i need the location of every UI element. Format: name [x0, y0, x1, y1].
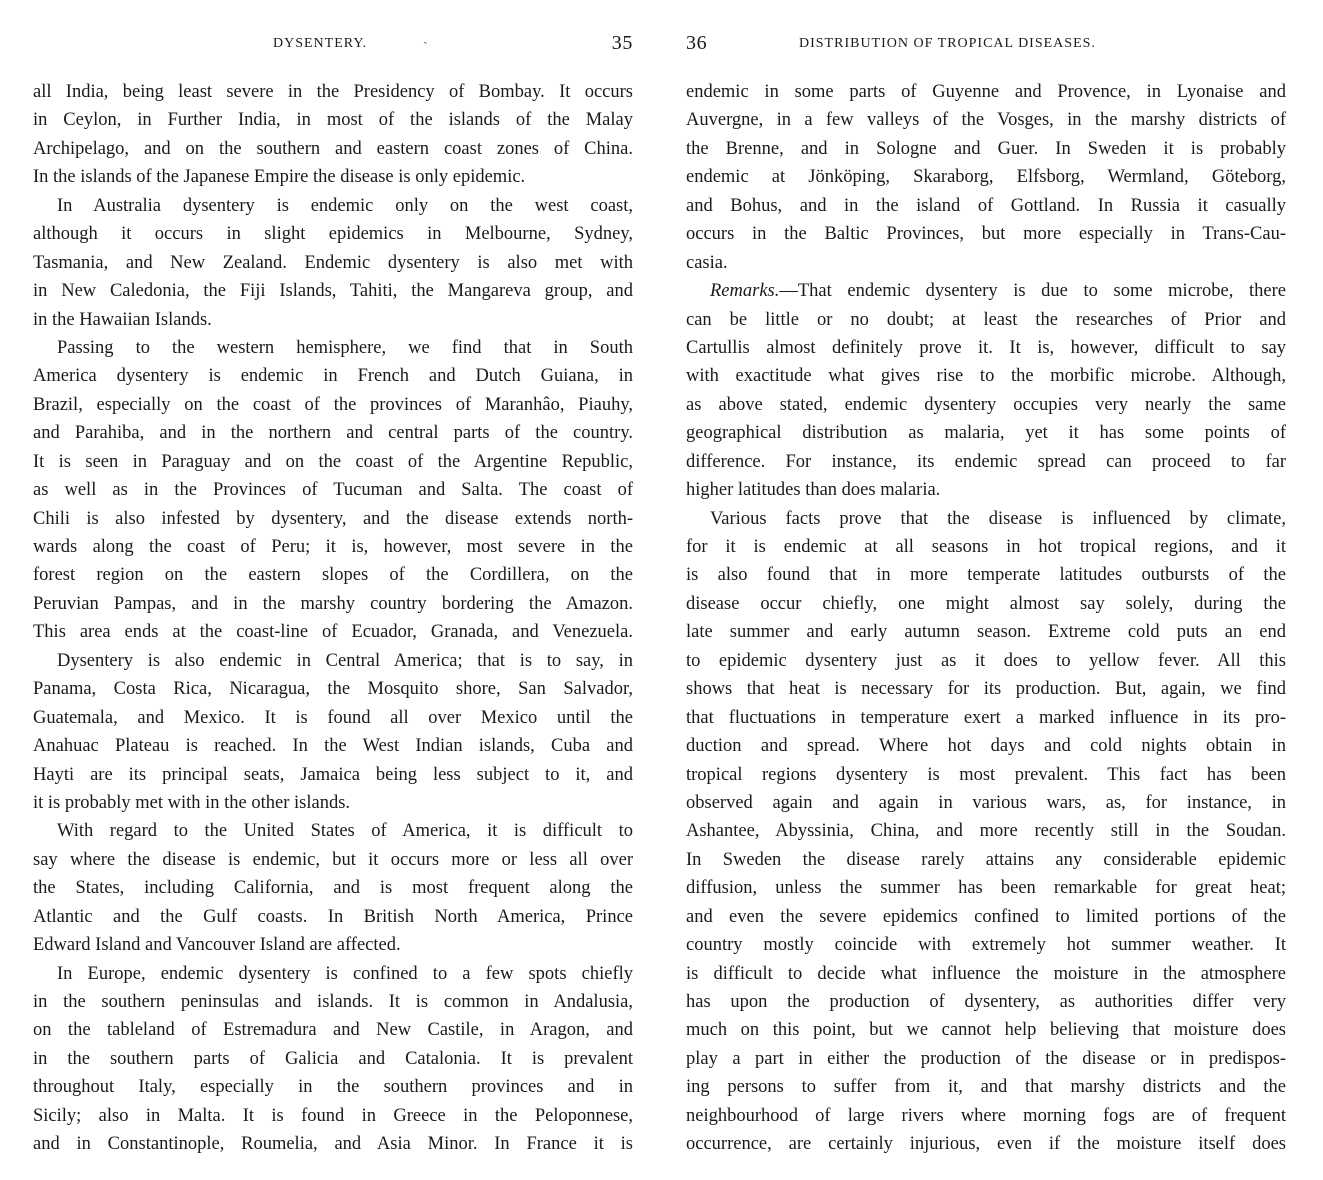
text-line: Dysentery is also endemic in Central Ame…: [33, 647, 633, 675]
text-line: This area ends at the coast-line of Ecua…: [33, 618, 633, 646]
text-line: Peruvian Pampas, and in the marshy count…: [33, 590, 633, 618]
text-line: Sicily; also in Malta. It is found in Gr…: [33, 1102, 633, 1130]
text-line: in New Caledonia, the Fiji Islands, Tahi…: [33, 277, 633, 305]
text-line: In the islands of the Japanese Empire th…: [33, 163, 633, 191]
text-line: Chili is also infested by dysentery, and…: [33, 505, 633, 533]
text-line: Remarks.—That endemic dysentery is due t…: [686, 277, 1286, 305]
text-line: the States, including California, and is…: [33, 874, 633, 902]
text-line: casia.: [686, 249, 1286, 277]
left-running-head: DYSENTERY. ˎ 35: [33, 30, 633, 58]
text-line: to epidemic dysentery just as it does to…: [686, 647, 1286, 675]
text-line: can be little or no doubt; at least the …: [686, 306, 1286, 334]
remarks-heading: Remarks.: [710, 281, 779, 301]
text-line: Archipelago, and on the southern and eas…: [33, 135, 633, 163]
text-line: Panama, Costa Rica, Nicaragua, the Mosqu…: [33, 675, 633, 703]
text-line: it is probably met with in the other isl…: [33, 789, 633, 817]
text-line: Cartullis almost definitely prove it. It…: [686, 334, 1286, 362]
stray-ink-mark: ˎ: [423, 30, 428, 46]
paragraph: With regard to the United States of Amer…: [33, 817, 633, 959]
left-running-title: DYSENTERY.: [273, 36, 367, 52]
paragraph: In Australia dysentery is endemic only o…: [33, 192, 633, 334]
text-line: for it is endemic at all seasons in hot …: [686, 533, 1286, 561]
paragraph: Passing to the western hemisphere, we fi…: [33, 334, 633, 647]
text-line: and Bohus, and in the island of Gottland…: [686, 192, 1286, 220]
text-line: disease occur chiefly, one might almost …: [686, 590, 1286, 618]
paragraph-remarks: Remarks.—That endemic dysentery is due t…: [686, 277, 1286, 505]
text-line: that fluctuations in temperature exert a…: [686, 704, 1286, 732]
right-running-head: 36 DISTRIBUTION OF TROPICAL DISEASES.: [686, 30, 1286, 58]
text-line: In Australia dysentery is endemic only o…: [33, 192, 633, 220]
left-body-text: all India, being least severe in the Pre…: [33, 78, 633, 1159]
text-line: Anahuac Plateau is reached. In the West …: [33, 732, 633, 760]
text-line: in the southern peninsulas and islands. …: [33, 988, 633, 1016]
text-line: observed again and again in various wars…: [686, 789, 1286, 817]
text-line: In Sweden the disease rarely attains any…: [686, 846, 1286, 874]
text-line: say where the disease is endemic, but it…: [33, 846, 633, 874]
text-line: Atlantic and the Gulf coasts. In British…: [33, 903, 633, 931]
text-line: America dysentery is endemic in French a…: [33, 362, 633, 390]
text-line: throughout Italy, especially in the sout…: [33, 1073, 633, 1101]
text-line: diffusion, unless the summer has been re…: [686, 874, 1286, 902]
text-line: the Brenne, and in Sologne and Guer. In …: [686, 135, 1286, 163]
text-line: ing persons to suffer from it, and that …: [686, 1073, 1286, 1101]
text-line: country mostly coincide with extremely h…: [686, 931, 1286, 959]
text-line: as well as in the Provinces of Tucuman a…: [33, 476, 633, 504]
paragraph: Dysentery is also endemic in Central Ame…: [33, 647, 633, 818]
text-line: Auvergne, in a few valleys of the Vosges…: [686, 106, 1286, 134]
text-line: and in Constantinople, Roumelia, and Asi…: [33, 1130, 633, 1158]
right-body-text: endemic in some parts of Guyenne and Pro…: [686, 78, 1286, 1159]
text-line: although it occurs in slight epidemics i…: [33, 220, 633, 248]
text-line: Edward Island and Vancouver Island are a…: [33, 931, 633, 959]
right-page-number: 36: [686, 32, 707, 55]
text-line: wards along the coast of Peru; it is, ho…: [33, 533, 633, 561]
paragraph: endemic in some parts of Guyenne and Pro…: [686, 78, 1286, 277]
text-line: is difficult to decide what influence th…: [686, 960, 1286, 988]
text-line: and Parahiba, and in the northern and ce…: [33, 419, 633, 447]
text-line: in Ceylon, in Further India, in most of …: [33, 106, 633, 134]
text-line: occurrence, are certainly injurious, eve…: [686, 1130, 1286, 1158]
text-line: With regard to the United States of Amer…: [33, 817, 633, 845]
text-line: all India, being least severe in the Pre…: [33, 78, 633, 106]
text-line: on the tableland of Estremadura and New …: [33, 1016, 633, 1044]
text-line: as above stated, endemic dysentery occup…: [686, 391, 1286, 419]
text-line: endemic in some parts of Guyenne and Pro…: [686, 78, 1286, 106]
text-line: tropical regions dysentery is most preva…: [686, 761, 1286, 789]
right-page: 36 DISTRIBUTION OF TROPICAL DISEASES. en…: [686, 0, 1286, 1180]
text-line: much on this point, but we cannot help b…: [686, 1016, 1286, 1044]
right-running-title: DISTRIBUTION OF TROPICAL DISEASES.: [799, 36, 1096, 52]
text-line: has upon the production of dysentery, as…: [686, 988, 1286, 1016]
text-line: is also found that in more temperate lat…: [686, 561, 1286, 589]
paragraph: In Europe, endemic dysentery is confined…: [33, 960, 633, 1159]
paragraph: Various facts prove that the disease is …: [686, 505, 1286, 1159]
text-line: geographical distribution as malaria, ye…: [686, 419, 1286, 447]
text-line: occurs in the Baltic Provinces, but more…: [686, 220, 1286, 248]
left-page-number: 35: [612, 32, 633, 55]
text-line: in the southern parts of Galicia and Cat…: [33, 1045, 633, 1073]
text-line: with exactitude what gives rise to the m…: [686, 362, 1286, 390]
text-line: endemic at Jönköping, Skaraborg, Elfsbor…: [686, 163, 1286, 191]
text-line: late summer and early autumn season. Ext…: [686, 618, 1286, 646]
text-line: Guatemala, and Mexico. It is found all o…: [33, 704, 633, 732]
text-line: forest region on the eastern slopes of t…: [33, 561, 633, 589]
text-line: play a part in either the production of …: [686, 1045, 1286, 1073]
text-line: duction and spread. Where hot days and c…: [686, 732, 1286, 760]
text-line: Passing to the western hemisphere, we fi…: [33, 334, 633, 362]
left-page: DYSENTERY. ˎ 35 all India, being least s…: [33, 0, 633, 1180]
text-line: Various facts prove that the disease is …: [686, 505, 1286, 533]
paragraph: all India, being least severe in the Pre…: [33, 78, 633, 192]
text-line: Tasmania, and New Zealand. Endemic dysen…: [33, 249, 633, 277]
text-line: difference. For instance, its endemic sp…: [686, 448, 1286, 476]
text-line: neighbourhood of large rivers where morn…: [686, 1102, 1286, 1130]
text-line: and even the severe epidemics confined t…: [686, 903, 1286, 931]
text-line: in the Hawaiian Islands.: [33, 306, 633, 334]
text-line: shows that heat is necessary for its pro…: [686, 675, 1286, 703]
text-line: Brazil, especially on the coast of the p…: [33, 391, 633, 419]
text-line: Hayti are its principal seats, Jamaica b…: [33, 761, 633, 789]
text-line: Ashantee, Abyssinia, China, and more rec…: [686, 817, 1286, 845]
text-line: In Europe, endemic dysentery is confined…: [33, 960, 633, 988]
text-line: It is seen in Paraguay and on the coast …: [33, 448, 633, 476]
text-line: higher latitudes than does malaria.: [686, 476, 1286, 504]
